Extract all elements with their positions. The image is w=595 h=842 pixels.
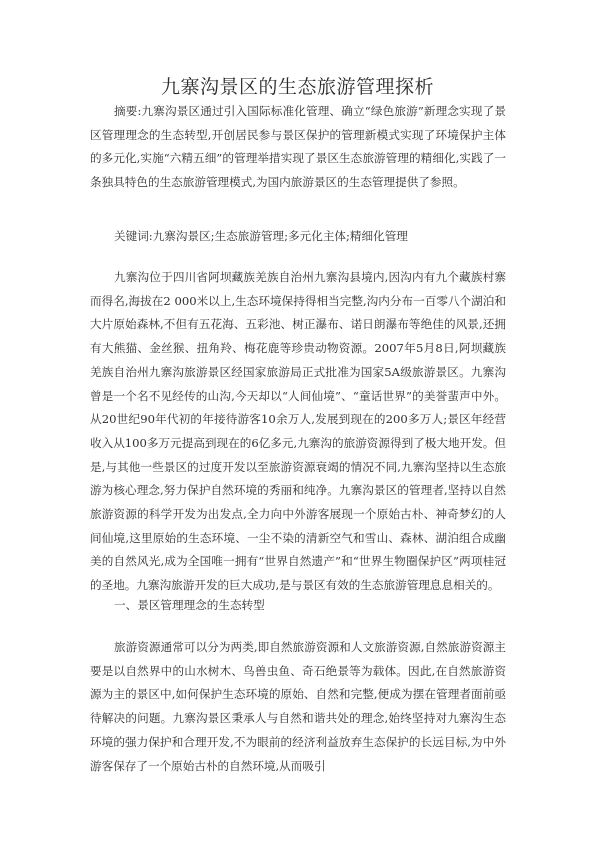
section-heading: 一、景区管理理念的生态转型 <box>90 594 506 618</box>
document-page: 九寨沟景区的生态旅游管理探析 摘要:九寨沟景区通过引入国际标准化管理、确立“绿色… <box>0 0 595 842</box>
body-paragraph-intro: 九寨沟位于四川省阿坝藏族羌族自治州九寨沟县境内,因沟内有九个藏族村寨而得名,海拔… <box>90 266 506 598</box>
keywords: 关键词:九寨沟景区;生态旅游管理;多元化主体;精细化管理 <box>90 225 506 249</box>
body-paragraph-section-1: 旅游资源通常可以分为两类,即自然旅游资源和人文旅游资源,自然旅游资源主要是以自然… <box>90 636 506 778</box>
document-title: 九寨沟景区的生态旅游管理探析 <box>0 75 595 99</box>
abstract: 摘要:九寨沟景区通过引入国际标准化管理、确立“绿色旅游”新理念实现了景区管理理念… <box>90 100 506 195</box>
